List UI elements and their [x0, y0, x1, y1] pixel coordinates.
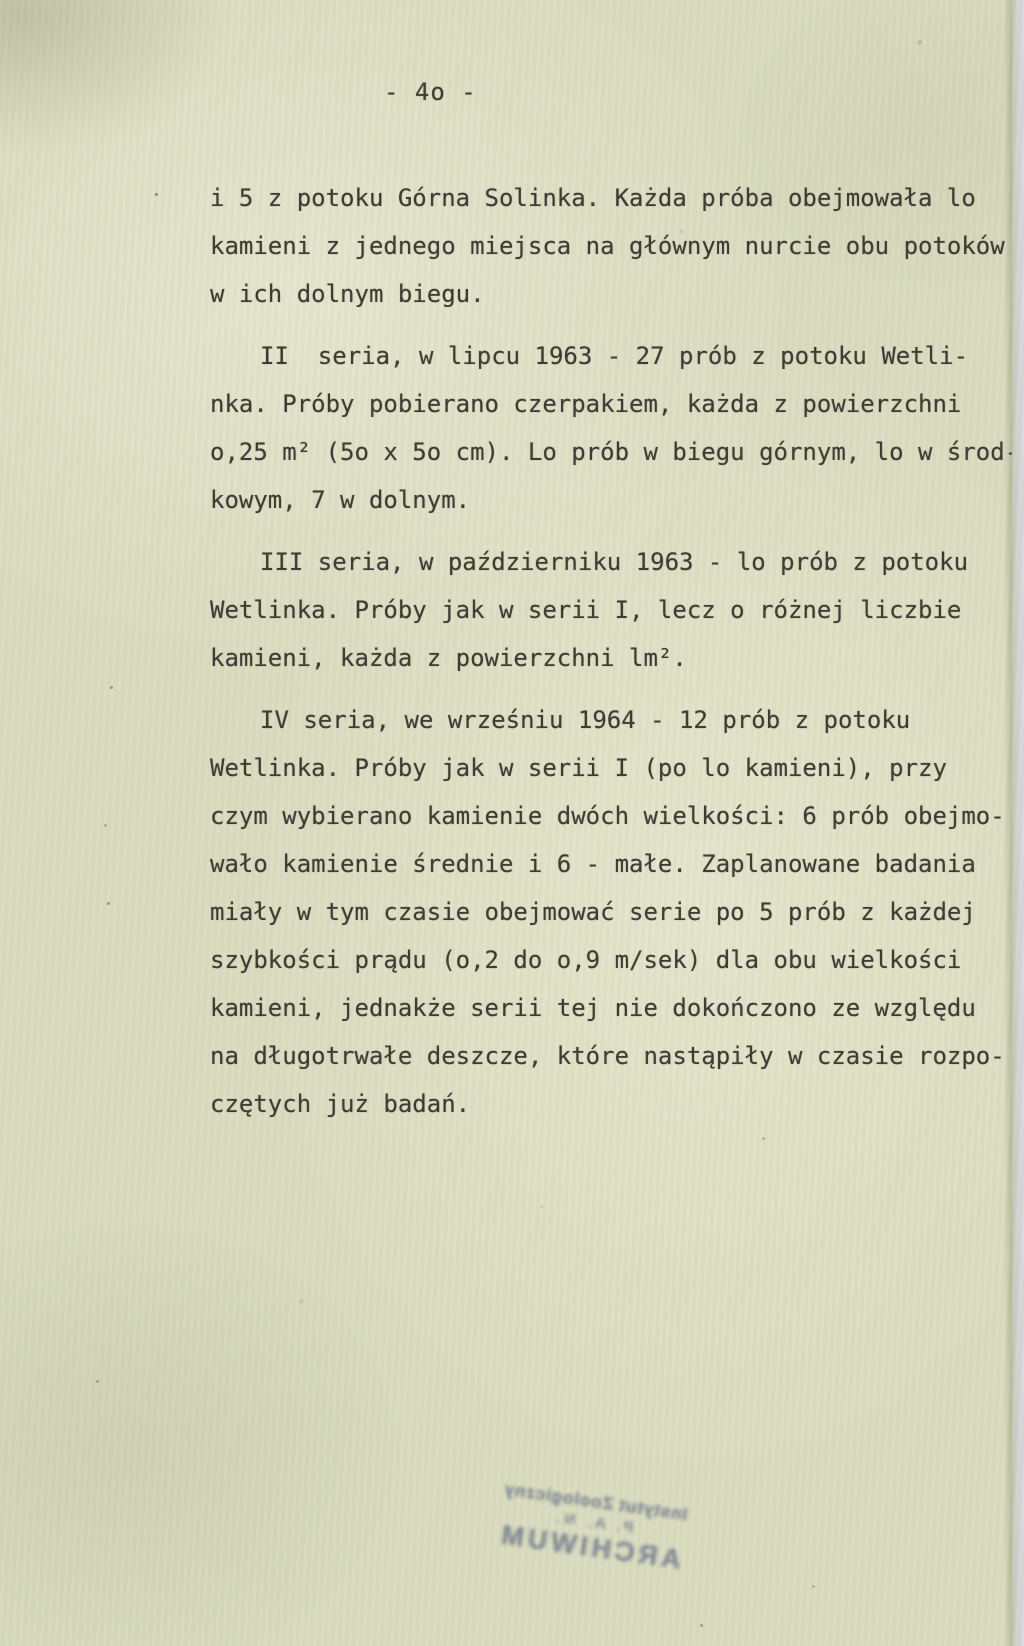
- paragraph: i 5 z potoku Górna Solinka. Każda próba …: [210, 174, 1022, 318]
- paragraph: III seria, w październiku 1963 - lo prób…: [210, 538, 1022, 682]
- text-line: czętych już badań.: [210, 1080, 1022, 1128]
- text-line: czym wybierano kamienie dwóch wielkości:…: [210, 792, 1022, 840]
- text-line: szybkości prądu (o,2 do o,9 m/sek) dla o…: [210, 936, 1022, 984]
- text-line: i 5 z potoku Górna Solinka. Każda próba …: [210, 174, 1022, 222]
- paper-specks: [0, 0, 3, 3]
- text-line: II seria, w lipcu 1963 - 27 prób z potok…: [210, 332, 1022, 380]
- text-line: Wetlinka. Próby jak w serii I (po lo kam…: [210, 744, 1022, 792]
- text-line: Wetlinka. Próby jak w serii I, lecz o ró…: [210, 586, 1022, 634]
- text-line: w ich dolnym biegu.: [210, 270, 1022, 318]
- text-line: kamieni, jednakże serii tej nie dokończo…: [210, 984, 1022, 1032]
- text-line: wało kamienie średnie i 6 - małe. Zaplan…: [210, 840, 1022, 888]
- paragraph: IV seria, we wrześniu 1964 - 12 prób z p…: [210, 696, 1022, 1128]
- text-line: kamieni, każda z powierzchni lm².: [210, 634, 1022, 682]
- text-line: III seria, w październiku 1963 - lo prób…: [210, 538, 1022, 586]
- text-line: o,25 m² (5o x 5o cm). Lo prób w biegu gó…: [210, 428, 1022, 476]
- page-number: - 4o -: [384, 78, 477, 106]
- text-line: kowym, 7 w dolnym.: [210, 476, 1022, 524]
- text-line: na długotrwałe deszcze, które nastąpiły …: [210, 1032, 1022, 1080]
- document-body: i 5 z potoku Górna Solinka. Każda próba …: [210, 174, 1022, 1142]
- scanned-page: - 4o - i 5 z potoku Górna Solinka. Każda…: [0, 0, 1024, 1646]
- text-line: miały w tym czasie obejmować serie po 5 …: [210, 888, 1022, 936]
- text-line: nka. Próby pobierano czerpakiem, każda z…: [210, 380, 1022, 428]
- paragraph: II seria, w lipcu 1963 - 27 prób z potok…: [210, 332, 1022, 524]
- archive-stamp: Instytut Zoologiczny P. A. N. ARCHIWUM: [448, 1473, 735, 1582]
- scan-edge: [1012, 0, 1024, 1646]
- text-line: kamieni z jednego miejsca na głównym nur…: [210, 222, 1022, 270]
- text-line: IV seria, we wrześniu 1964 - 12 prób z p…: [210, 696, 1022, 744]
